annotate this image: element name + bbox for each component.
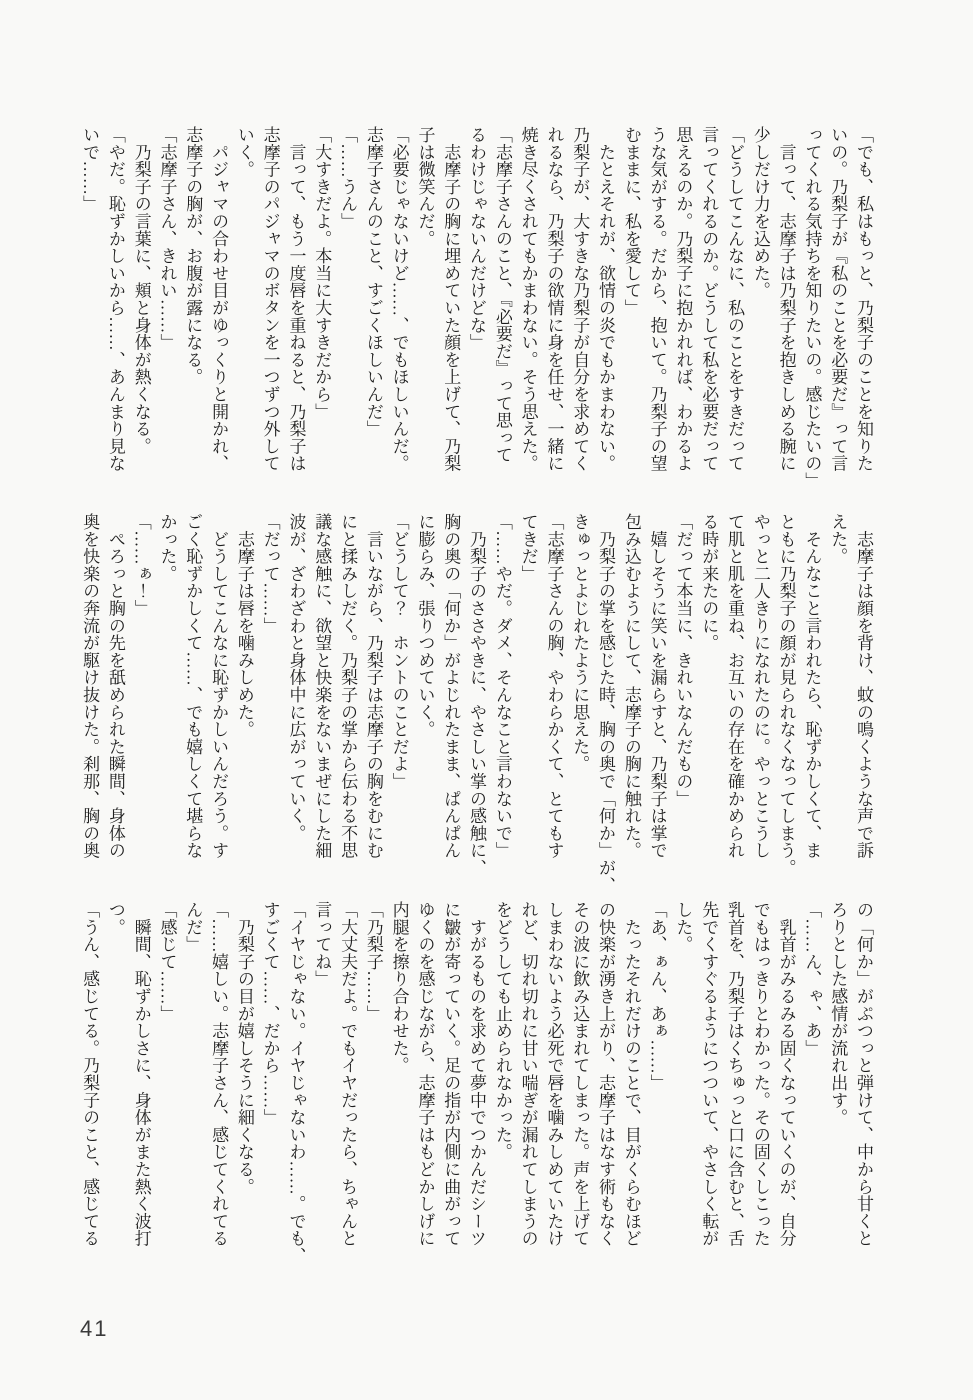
text-line: 「……うん」 — [334, 126, 360, 492]
text-line: 「やだ。恥ずかしいから……、あんまり見な — [102, 126, 128, 492]
text-line: 「志摩子さん、きれい……」 — [154, 126, 180, 492]
text-line: に膨らみ、張りつめていく。 — [412, 513, 438, 879]
text-line: 胸の奥の「何か」がよじれたまま、ぱんぱん — [437, 513, 463, 879]
text-line: 思えるのか。乃梨子に抱かれれば、わかるよ — [670, 126, 696, 492]
text-line: 言ってくれるのか。どうして私を必要だって — [695, 126, 721, 492]
text-line: てきだ」 — [515, 513, 541, 879]
text-line: した。 — [670, 901, 696, 1267]
text-line: 「だって……」 — [257, 513, 283, 879]
text-line: 嬉しそうに笑いを漏らすと、乃梨子は掌で — [644, 513, 670, 879]
text-line: れるなら、乃梨子の欲情に身を任せ、一緒に — [541, 126, 567, 492]
text-line: 乃梨子の言葉に、頬と身体が熱くなる。 — [128, 126, 154, 492]
text-line: きゅっとよじれたように思えた。 — [566, 513, 592, 879]
text-line: むままに、私を愛して」 — [618, 126, 644, 492]
text-line: 「……嬉しい。志摩子さん、感じてくれてる — [205, 901, 231, 1267]
text-line: 「だって本当に、きれいなんだもの」 — [670, 513, 696, 879]
text-line: つ。 — [102, 901, 128, 1267]
text-line: でもはっきりとわかった。その固くしこった — [747, 901, 773, 1267]
text-line: 志摩子は唇を噛みしめた。 — [231, 513, 257, 879]
text-line: 「志摩子さんの胸、やわらかくて、とてもす — [541, 513, 567, 879]
text-line: うな気がする。だから、抱いて。乃梨子の望 — [644, 126, 670, 492]
text-line: やっと二人きりになれたのに。やっとこうし — [747, 513, 773, 879]
text-line: 包み込むようにして、志摩子の胸に触れた。 — [618, 513, 644, 879]
text-block-middle: 志摩子は顔を背け、蚊の鳴くような声で訴えた。 そんなこと言われたら、恥ずかしくて… — [76, 513, 876, 879]
text-line: 志摩子のパジャマのボタンを一つずつ外して — [257, 126, 283, 492]
text-line: 「……ぁ！」 — [128, 513, 154, 879]
text-line: 乳首を、乃梨子はくちゅっと口に含むと、舌 — [721, 901, 747, 1267]
text-line: 「大すきだよ。本当に大すきだから」 — [308, 126, 334, 492]
text-line: いの。乃梨子が『私のことを必要だ』って言 — [824, 126, 850, 492]
text-line: パジャマの合わせ目がゆっくりと開かれ、 — [205, 126, 231, 492]
text-line: 志摩子さんのこと、すごくほしいんだ」 — [360, 126, 386, 492]
text-line: 乃梨子の目が嬉しそうに細くなる。 — [231, 901, 257, 1267]
text-line: るわけじゃないんだけどな」 — [463, 126, 489, 492]
text-line: の快楽が湧き上がり、志摩子はなす術もなく — [592, 901, 618, 1267]
text-line: 「……やだ。ダメ、そんなこと言わないで」 — [489, 513, 515, 879]
text-line: すごくて……、だから……」 — [257, 901, 283, 1267]
text-line: 志摩子の胸に埋めていた顔を上げて、乃梨 — [437, 126, 463, 492]
text-line: 「うん、感じてる。乃梨子のこと、感じてる — [76, 901, 102, 1267]
text-line: をどうしても止められなかった。 — [489, 901, 515, 1267]
text-line: ごく恥ずかしくて……、でも嬉しくて堪らな — [179, 513, 205, 879]
text-line: 先でくすぐるようにつついて、やさしく転が — [695, 901, 721, 1267]
page-number: 41 — [80, 1316, 108, 1342]
text-line: 言いながら、乃梨子は志摩子の胸をむにむ — [360, 513, 386, 879]
text-line: 奥を快楽の奔流が駆け抜けた。刹那、胸の奥 — [76, 513, 102, 879]
text-line: 乃梨子のささやきに、やさしい掌の感触に、 — [463, 513, 489, 879]
text-line: にと揉みしだく。乃梨子の掌から伝わる不思 — [334, 513, 360, 879]
text-line: そんなこと言われたら、恥ずかしくて、ま — [799, 513, 825, 879]
text-line: どうしてこんなに恥ずかしいんだろう。す — [205, 513, 231, 879]
scanned-novel-page: 「でも、私はもっと、乃梨子のことを知りたいの。乃梨子が『私のことを必要だ』って言… — [0, 0, 973, 1400]
text-line: 「感じて……」 — [154, 901, 180, 1267]
text-line: 乳首がみるみる固くなっていくのが、自分 — [773, 901, 799, 1267]
text-line: ゆくのを感じながら、志摩子はもどかしげに — [412, 901, 438, 1267]
text-line: 「必要じゃないけど……、でもほしいんだ。 — [386, 126, 412, 492]
text-line: んだ」 — [179, 901, 205, 1267]
text-line: いで……」 — [76, 126, 102, 492]
text-line: 瞬間、恥ずかしさに、身体がまた熱く波打 — [128, 901, 154, 1267]
text-line: 志摩子は顔を背け、蚊の鳴くような声で訴 — [850, 513, 876, 879]
text-line: 乃梨子が、大すきな乃梨子が自分を求めてく — [566, 126, 592, 492]
text-line: たとえそれが、欲情の炎でもかまわない。 — [592, 126, 618, 492]
text-line: いく。 — [231, 126, 257, 492]
text-line: 乃梨子の掌を感じた時、胸の奥で「何か」が、 — [592, 513, 618, 879]
text-line: かった。 — [154, 513, 180, 879]
text-line: 「……ん、ゃ、あ」 — [799, 901, 825, 1267]
text-line: えた。 — [824, 513, 850, 879]
text-line: 「乃梨子……」 — [360, 901, 386, 1267]
text-line: 志摩子の胸が、お腹が露になる。 — [179, 126, 205, 492]
text-line: 議な感触に、欲望と快楽をないまぜにした細 — [308, 513, 334, 879]
text-line: 「イヤじゃない。イヤじゃないわ……。でも、 — [283, 901, 309, 1267]
text-line: 少しだけ力を込めた。 — [747, 126, 773, 492]
text-line: 言って、もう一度唇を重ねると、乃梨子は — [283, 126, 309, 492]
text-line: 「どうして？ ホントのことだよ」 — [386, 513, 412, 879]
text-line: 内腿を擦り合わせた。 — [386, 901, 412, 1267]
text-line: ってくれる気持ちを知りたいの。感じたいの」 — [799, 126, 825, 492]
text-line: に皺が寄っていく。足の指が内側に曲がって — [437, 901, 463, 1267]
text-line: 言って、志摩子は乃梨子を抱きしめる腕に — [773, 126, 799, 492]
text-line: しまわないよう必死で唇を噛みしめていたけ — [541, 901, 567, 1267]
text-line: 「志摩子さんのこと、『必要だ』って思って — [489, 126, 515, 492]
text-line: ともに乃梨子の顔が見られなくなってしまう。 — [773, 513, 799, 879]
text-line: て肌と肌を重ね、お互いの存在を確かめられ — [721, 513, 747, 879]
text-line: ろりとした感情が流れ出す。 — [824, 901, 850, 1267]
text-line: 波が、ざわざわと身体中に広がっていく。 — [283, 513, 309, 879]
text-line: 「大丈夫だよ。でもイヤだったら、ちゃんと — [334, 901, 360, 1267]
text-line: る時が来たのに。 — [695, 513, 721, 879]
text-line: 「あ、ぁん、あぁ……」 — [644, 901, 670, 1267]
text-line: たったそれだけのことで、目がくらむほど — [618, 901, 644, 1267]
text-line: ぺろっと胸の先を舐められた瞬間、身体の — [102, 513, 128, 879]
text-line: すがるものを求めて夢中でつかんだシーツ — [463, 901, 489, 1267]
text-line: その波に飲み込まれてしまった。声を上げて — [566, 901, 592, 1267]
text-line: 焼き尽くされてもかまわない。そう思えた。 — [515, 126, 541, 492]
text-block-top: 「でも、私はもっと、乃梨子のことを知りたいの。乃梨子が『私のことを必要だ』って言… — [76, 126, 876, 492]
text-line: の「何か」がぷつっと弾けて、中から甘くと — [850, 901, 876, 1267]
text-line: 子は微笑んだ。 — [412, 126, 438, 492]
text-block-bottom: の「何か」がぷつっと弾けて、中から甘くとろりとした感情が流れ出す。「……ん、ゃ、… — [76, 901, 876, 1267]
text-line: れど、切れ切れに甘い喘ぎが漏れてしまうの — [515, 901, 541, 1267]
text-line: 「どうしてこんなに、私のことをすきだって — [721, 126, 747, 492]
text-line: 言ってね」 — [308, 901, 334, 1267]
text-line: 「でも、私はもっと、乃梨子のことを知りた — [850, 126, 876, 492]
